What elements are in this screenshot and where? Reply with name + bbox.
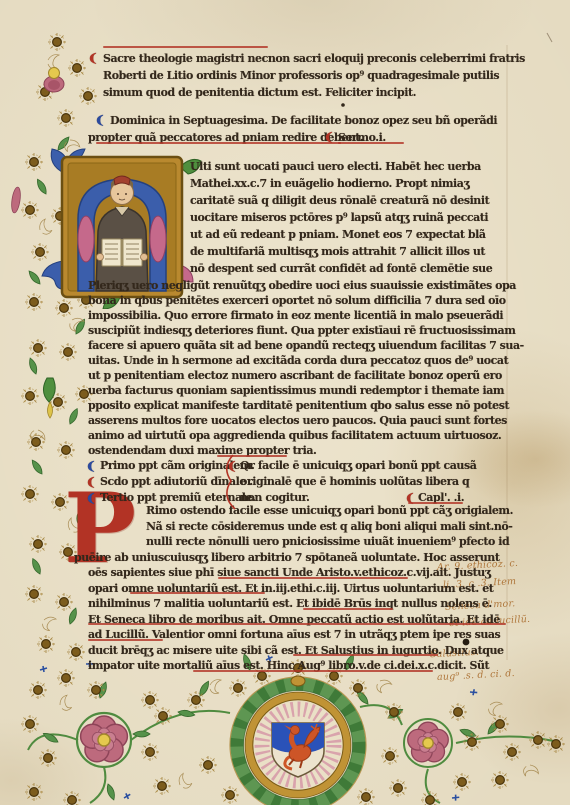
rubrication-underline xyxy=(96,142,341,144)
pink-panel-left xyxy=(78,216,94,262)
text-line: nō despent sed currãt confidēt ad fontē … xyxy=(190,260,492,277)
text-line: ( Dominica in Septuagesima. De facilitat… xyxy=(110,112,497,129)
text-line: ut ad eũ redeant p pniam. Monet eos 7 ex… xyxy=(190,226,492,243)
rubrication-underline xyxy=(130,592,265,594)
pilcrow-mark: ( xyxy=(95,112,103,129)
pilcrow-mark: ( xyxy=(86,474,94,490)
rubrication-underline xyxy=(293,654,438,656)
text-line: uitas. Unde in h sermone ad excitãda cor… xyxy=(88,353,524,368)
acanthus-blue-bottom-left xyxy=(42,261,68,289)
text-line: nulli recte nōnulli uero pniciosissime u… xyxy=(88,534,513,550)
pink-panel-right xyxy=(150,216,166,262)
monk-figure xyxy=(96,176,148,291)
text-line: Ulti sunt uocati pauci uero electi. Habē… xyxy=(190,158,492,175)
rubrication-underline xyxy=(218,577,408,579)
wreath-tie xyxy=(291,676,305,686)
paragraph-1: Ulti sunt uocati pauci uero electi. Habē… xyxy=(190,158,492,277)
paragraph-2: Pleriqʒ uero negligũt renuũtqʒ obedire u… xyxy=(88,278,524,458)
text-line: ostendendam duxi maxime propter tria. xyxy=(88,443,524,458)
rubrication-underline xyxy=(88,639,163,641)
text-line: bona in qbus penitētes exerceri oportet … xyxy=(88,293,524,308)
manuscript-page: ( Sacre theologie magistri necnon sacri … xyxy=(0,0,570,805)
list-right-column: ( Qr facile ē unicuiqʒ opari bonũ ppt ca… xyxy=(240,458,476,506)
text-line: asserens multos fore uocatos electos uer… xyxy=(88,413,524,428)
text-line: ( Qr facile ē unicuiqʒ opari bonũ ppt ca… xyxy=(240,458,476,474)
ink-dot xyxy=(341,103,345,107)
text-line: opari omne uoluntariũ est. Et in.iij.eth… xyxy=(88,581,513,597)
coat-of-arms-shield xyxy=(272,723,324,777)
blue-tick-marks xyxy=(40,655,478,801)
wreath-medallion xyxy=(230,676,366,805)
text-line: de multifariã multisqʒ mois attrahit 7 a… xyxy=(190,243,492,260)
text-line: Mathei.xx.c.7 in euãgelio hodierno. Prop… xyxy=(190,175,492,192)
rubric-heading: ( Dominica in Septuagesima. De facilitat… xyxy=(110,112,497,146)
border-flower-mid xyxy=(43,378,55,418)
border-pink-lens xyxy=(10,187,22,214)
text-line: Rimo ostendo facile esse unicuiqʒ opari … xyxy=(88,503,513,519)
text-line: impossibilia. Quo errore firmato in eoz … xyxy=(88,308,524,323)
rubrication-underline xyxy=(193,670,433,672)
text-line: simum quod de penitentia dictum est. Fel… xyxy=(103,84,525,101)
text-line: uocitare miseros pctōres p⁹ lapsũ atqʒ r… xyxy=(190,209,492,226)
open-book xyxy=(102,239,142,266)
text-line: nihilminus 7 malitia uoluntariũ est. Et … xyxy=(88,596,513,612)
vine-leaves xyxy=(42,653,501,801)
rose-left xyxy=(77,713,131,767)
text-line: caritatē suã q diligit deus rōnalē creat… xyxy=(190,192,492,209)
letter-m-shape xyxy=(78,179,166,291)
text-line: ( Sacre theologie magistri necnon sacri … xyxy=(103,50,525,67)
text-line: ( Scdo ppt adiutoriũ dīnale . xyxy=(100,474,255,490)
vine-stems xyxy=(28,705,554,803)
border-flower-top xyxy=(44,68,64,93)
text-line: uerba facturus quoniam sapientissimus mu… xyxy=(88,383,524,398)
text-line: Et Seneca libro de moribus ait. Omne pec… xyxy=(88,612,513,628)
text-line: ut p penitentiam electoz numero ascriban… xyxy=(88,368,524,383)
rubrication-underline xyxy=(303,608,393,610)
text-line: Pleriqʒ uero negligũt renuũtqʒ obedire u… xyxy=(88,278,524,293)
text-line: puēire ab uniuscuiusqʒ libero arbitrio 7… xyxy=(74,550,513,566)
rubrication-underline xyxy=(338,142,404,144)
corner-pen-mark xyxy=(547,33,552,42)
text-line: pposito explicat manifeste tarditatē pen… xyxy=(88,398,524,413)
rose-right xyxy=(404,719,452,767)
gold-sun-dots xyxy=(21,659,565,805)
pilcrow-mark: ( xyxy=(88,50,96,67)
pilcrow-mark: ( xyxy=(227,458,235,474)
pink-ray-ring xyxy=(262,709,334,781)
rubrication-underline xyxy=(88,623,506,625)
text-line: ducit brēqʒ ac misere uite sibi cã est. … xyxy=(88,643,513,659)
text-line: animo ad uirtutũ opa aggredienda quibus … xyxy=(88,428,524,443)
text-line: Nã si recte cōsideremus unde est q aliq … xyxy=(88,519,513,535)
paragraph-3: Rimo ostendo facile esse unicuiqʒ opari … xyxy=(88,503,513,674)
rubrication-underline xyxy=(408,502,463,504)
text-line: suscipiũt indiesqʒ deteriores fiunt. Qua… xyxy=(88,323,524,338)
rubrication-underline xyxy=(217,455,287,457)
incipit-header: ( Sacre theologie magistri necnon sacri … xyxy=(103,50,525,101)
text-line: facere si apuero quãta sit ad bene opand… xyxy=(88,338,524,353)
rubrication-stroke xyxy=(103,46,268,48)
text-line: Roberti de Litio ordinis Minor professor… xyxy=(103,67,525,84)
pilcrow-mark: ( xyxy=(86,458,94,474)
acanthus-blue-top-left xyxy=(51,149,85,173)
text-line: originalē que ē hominis uolũtas libera q xyxy=(240,474,476,490)
dragon-charge xyxy=(284,724,320,769)
pen-flourishes xyxy=(57,677,539,791)
